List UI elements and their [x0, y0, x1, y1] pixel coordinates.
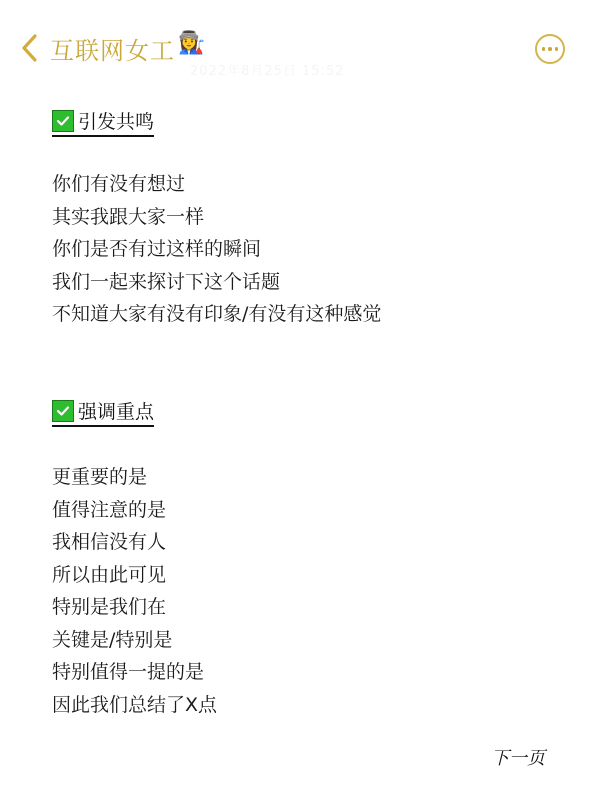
- list-item: 我相信没有人: [52, 526, 217, 559]
- more-options-button[interactable]: [535, 34, 565, 64]
- check-box-icon: [52, 110, 74, 132]
- section-heading-resonance: 引发共鸣: [52, 107, 154, 137]
- chevron-left-icon: [18, 33, 42, 63]
- more-dot-icon: [542, 47, 546, 51]
- list-item: 特别值得一提的是: [52, 656, 217, 689]
- next-page-link[interactable]: 下一页: [491, 744, 545, 770]
- section-heading-emphasis: 强调重点: [52, 397, 154, 427]
- check-box-icon: [52, 400, 74, 422]
- timestamp: 2022年8月25日 15:52: [190, 60, 345, 79]
- factory-worker-emoji: 👩‍🏭: [178, 31, 205, 56]
- phrase-list-emphasis: 更重要的是 值得注意的是 我相信没有人 所以由此可见 特别是我们在 关键是/特别…: [52, 461, 217, 721]
- list-item: 特别是我们在: [52, 591, 217, 624]
- list-item: 值得注意的是: [52, 494, 217, 527]
- phrase-list-resonance: 你们有没有想过 其实我跟大家一样 你们是否有过这样的瞬间 我们一起来探讨下这个话…: [52, 168, 381, 331]
- more-dot-icon: [548, 47, 552, 51]
- section-heading-label: 强调重点: [78, 397, 154, 424]
- header-bar: 互联网女工 👩‍🏭 2022年8月25日 15:52: [0, 0, 599, 90]
- list-item: 你们是否有过这样的瞬间: [52, 233, 381, 266]
- list-item: 所以由此可见: [52, 559, 217, 592]
- list-item: 不知道大家有没有印象/有没有这种感觉: [52, 298, 381, 331]
- list-item: 你们有没有想过: [52, 168, 381, 201]
- list-item: 因此我们总结了X点: [52, 689, 217, 722]
- more-dot-icon: [555, 47, 559, 51]
- section-heading-label: 引发共鸣: [78, 107, 154, 134]
- back-button[interactable]: [18, 33, 42, 63]
- list-item: 关键是/特别是: [52, 624, 217, 657]
- note-title[interactable]: 互联网女工: [50, 31, 175, 66]
- list-item: 我们一起来探讨下这个话题: [52, 266, 381, 299]
- list-item: 其实我跟大家一样: [52, 201, 381, 234]
- list-item: 更重要的是: [52, 461, 217, 494]
